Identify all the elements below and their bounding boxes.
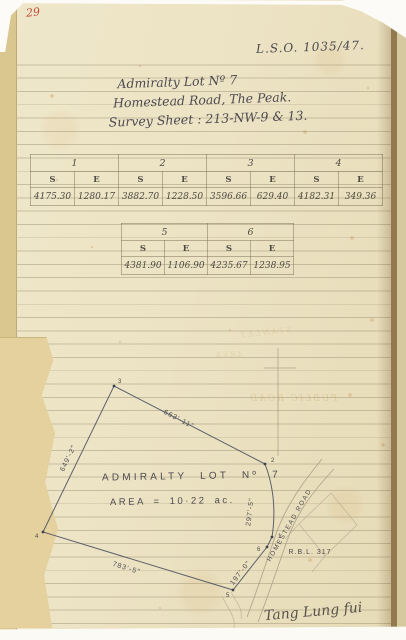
boundary-vertices (42, 385, 274, 592)
vertex-label-4: 4 (35, 534, 39, 540)
dimension-top-edge: 663'-11" (162, 409, 195, 430)
survey-record-page: PUBLIC ROAD STANLEY AREA 29 L.S.O. 1035/… (0, 0, 406, 640)
scan-edge-bottom (0, 627, 406, 640)
vertex-label-3: 3 (118, 379, 122, 385)
stream-lines (222, 592, 241, 628)
vertex-label-2: 2 (271, 458, 275, 464)
dimension-bottom-edge: 783'-5" (112, 561, 142, 576)
north-reference-mark (264, 348, 296, 456)
plan-area-value: AREA = 10·22 ac. (110, 495, 235, 508)
adjacent-lot-label: R.B.L. 317 (288, 549, 331, 556)
vertex-label-6: 6 (257, 547, 261, 553)
survey-plan-drawing: 3 2 1 6 5 4 663'-11" 649'-2" 783'-5" 297… (0, 0, 406, 640)
lot-boundary-polygon (43, 386, 274, 590)
dimension-lower-right-edge: 197'-0" (229, 560, 252, 587)
vertex-label-5: 5 (226, 593, 230, 599)
next-page-edge (397, 0, 406, 640)
homestead-road-lines (247, 459, 334, 622)
dimension-right-edge: 297'-5" (245, 497, 255, 526)
dimension-left-edge: 649'-2" (59, 444, 78, 473)
adjacent-lot-outline (285, 493, 357, 572)
